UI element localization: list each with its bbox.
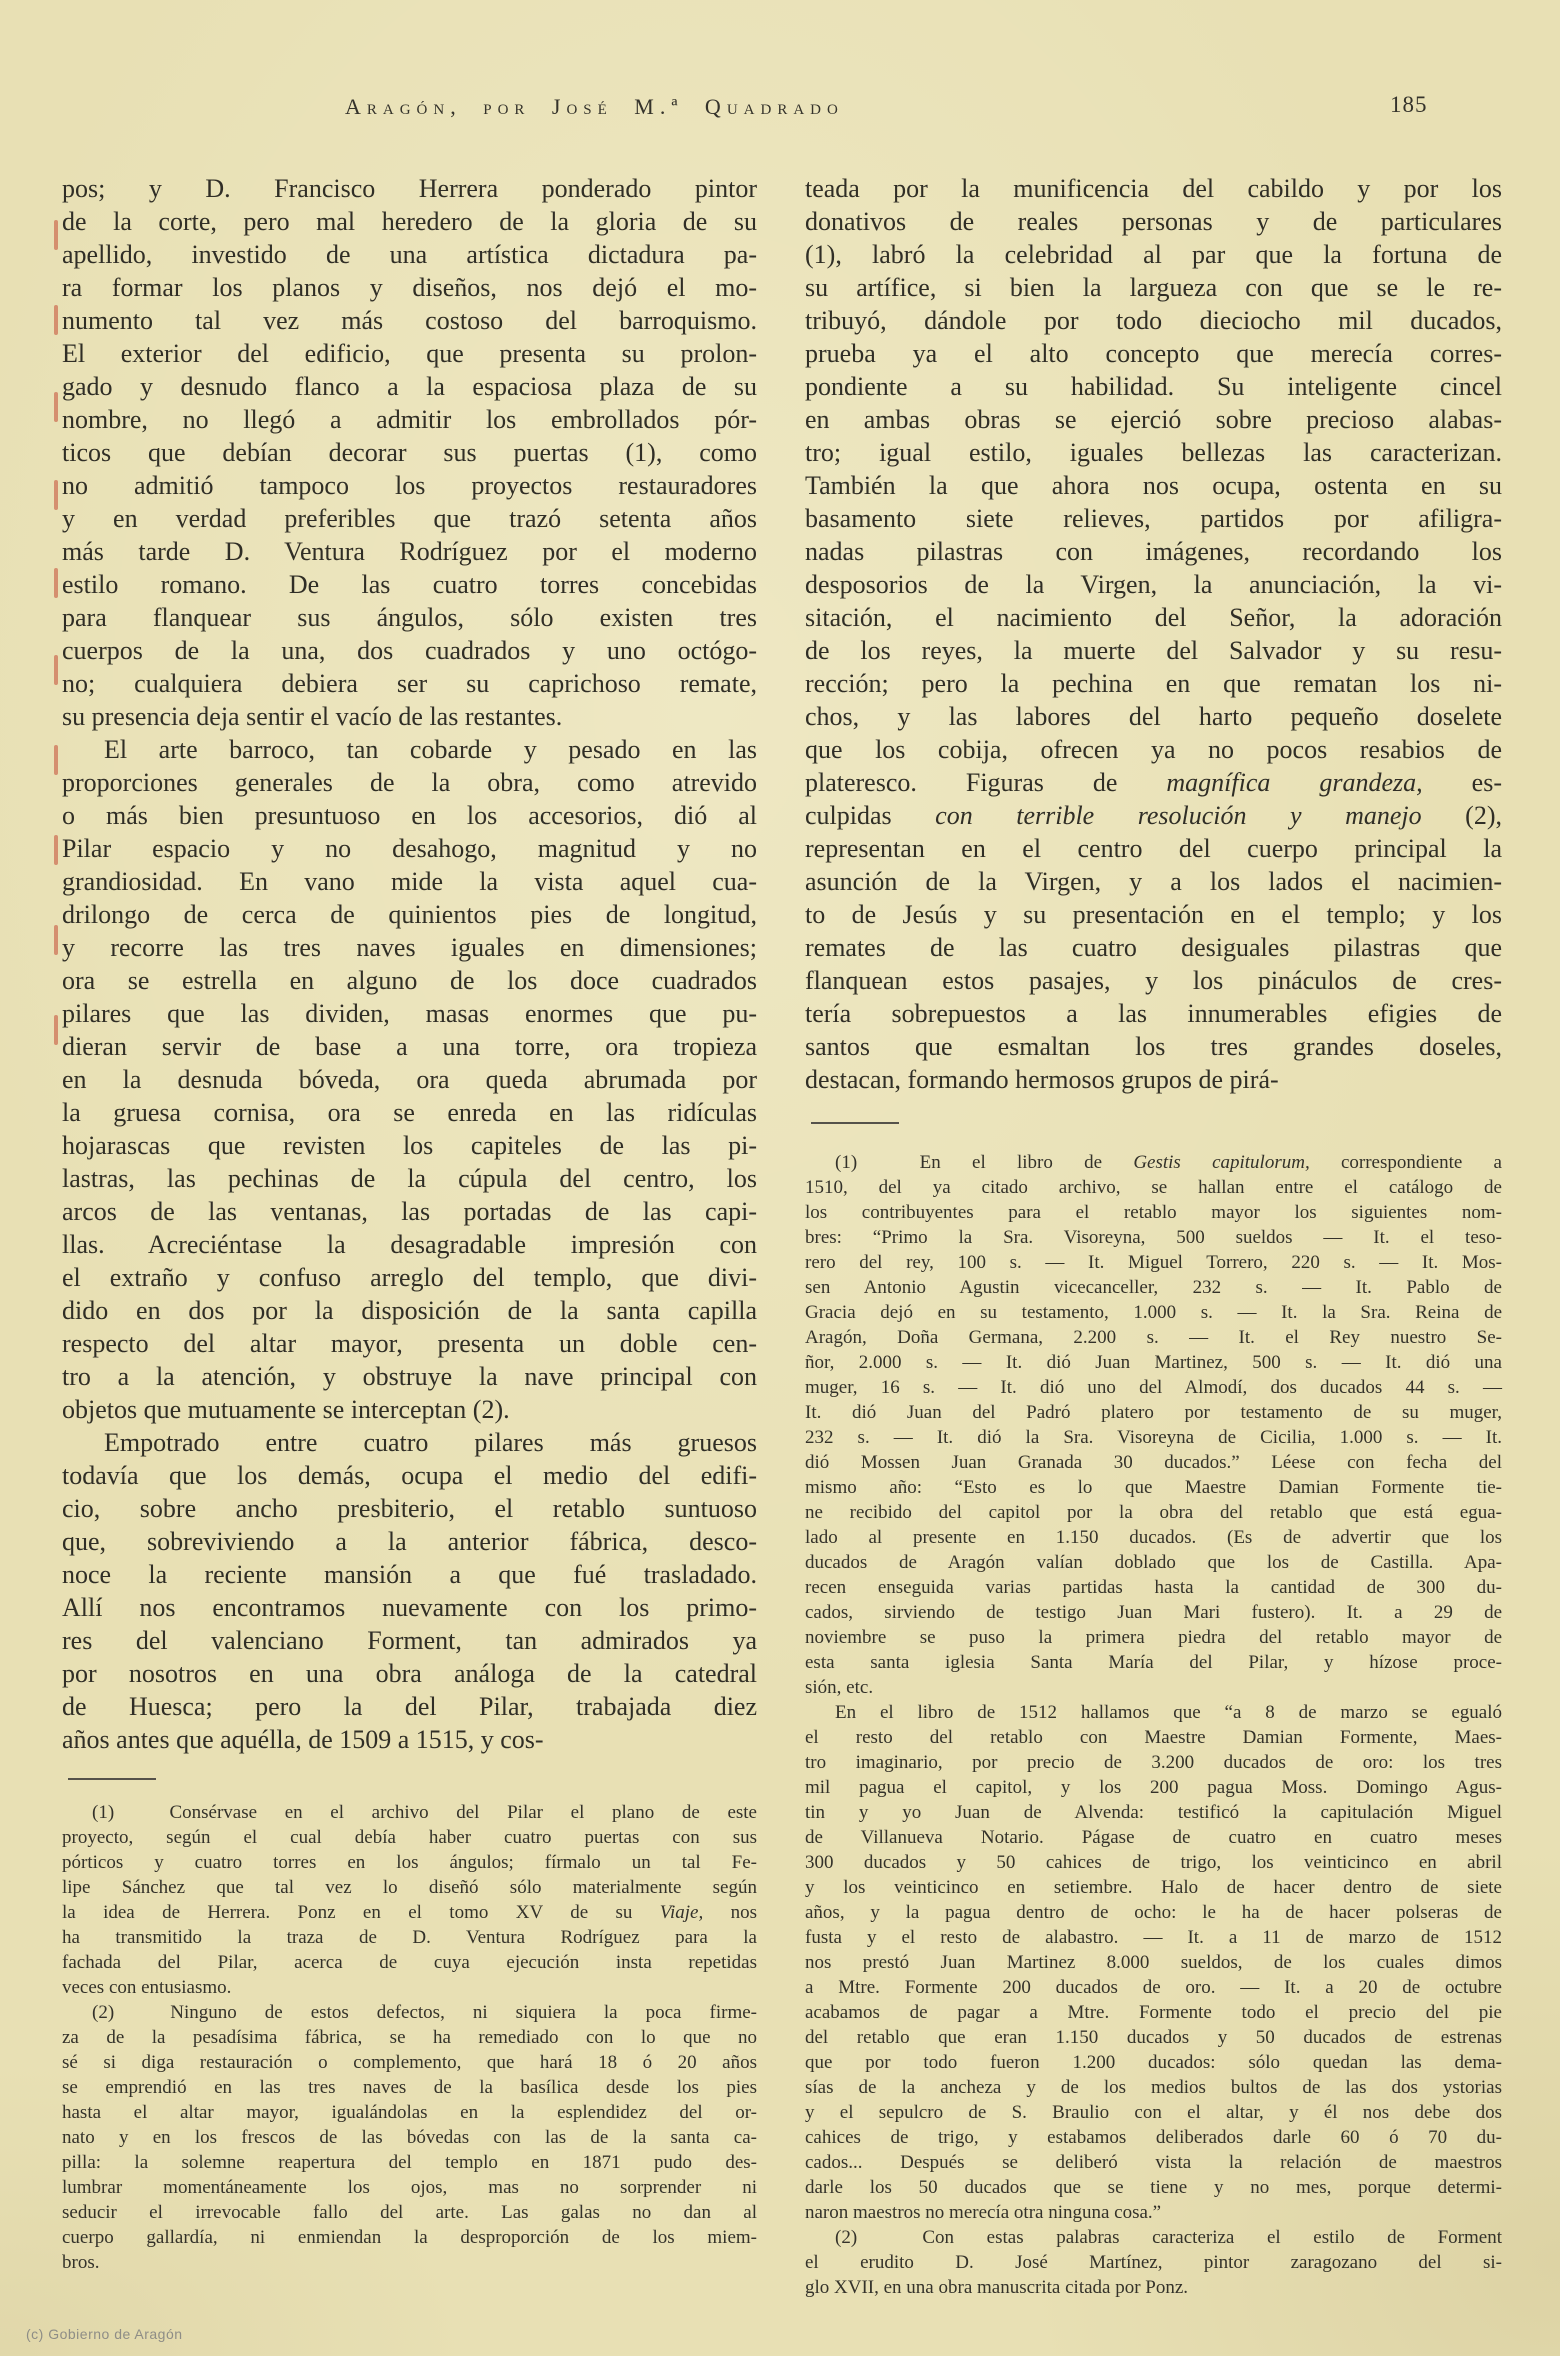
scan-edge-artifact (54, 745, 58, 775)
text-line: 300 ducados y 50 cahices de trigo, los v… (805, 1850, 1502, 1875)
text-line: que los cobija, ofrecen ya no pocos resa… (805, 733, 1502, 766)
text-line: cuerpo gallardía, ni enmiendan la despro… (62, 2225, 757, 2250)
paragraph: (2) Ninguno de estos defectos, ni siquie… (62, 2000, 757, 2275)
text-line: lipe Sánchez que tal vez lo diseñó sólo … (62, 1875, 757, 1900)
right-column: teada por la munificencia del cabildo y … (805, 172, 1502, 2300)
text-line: santos que esmaltan los tres grandes dos… (805, 1030, 1502, 1063)
scanned-book-page: Aragón, por José M.ª Quadrado 185 pos; y… (0, 0, 1560, 2356)
text-line: o más bien presuntuoso en los accesorios… (62, 799, 757, 832)
text-line: a Mtre. Formente 200 ducados de oro. — I… (805, 1975, 1502, 2000)
text-line: lumbrar momentáneamente los ojos, mas no… (62, 2175, 757, 2200)
text-line: objetos que mutuamente se interceptan (2… (62, 1393, 757, 1426)
right-main-text: teada por la munificencia del cabildo y … (805, 172, 1502, 1096)
text-line: el extraño y confuso arreglo del templo,… (62, 1261, 757, 1294)
text-line: que, sobreviviendo a la anterior fábrica… (62, 1525, 757, 1558)
text-line: remates de las cuatro desiguales pilastr… (805, 931, 1502, 964)
text-line: proporciones generales de la obra, como … (62, 766, 757, 799)
scan-edge-artifact (54, 305, 58, 335)
text-line: de los reyes, la muerte del Salvador y s… (805, 634, 1502, 667)
text-line: la gruesa cornisa, ora se enreda en las … (62, 1096, 757, 1129)
text-line: (2) Ninguno de estos defectos, ni siquie… (62, 2000, 757, 2025)
footnote-separator-rule (68, 1778, 156, 1780)
text-line: el erudito D. José Martínez, pintor zara… (805, 2250, 1502, 2275)
text-line: que por todo fueron 1.200 ducados: sólo … (805, 2050, 1502, 2075)
text-line: no; cualquiera debiera ser su caprichoso… (62, 667, 757, 700)
text-line: cados... Después se deliberó vista la re… (805, 2150, 1502, 2175)
text-line: sen Antonio Agustin vicecanceller, 232 s… (805, 1275, 1502, 1300)
text-line: bros. (62, 2250, 757, 2275)
text-line: pilares que las dividen, masas enormes q… (62, 997, 757, 1030)
text-line: (1) Consérvase en el archivo del Pilar e… (62, 1800, 757, 1825)
text-line: y recorre las tres naves iguales en dime… (62, 931, 757, 964)
text-line: ticos que debían decorar sus puertas (1)… (62, 436, 757, 469)
text-line: en ambas obras se ejerció sobre precioso… (805, 403, 1502, 436)
text-line: fusta y el resto de alabastro. — It. a 1… (805, 1925, 1502, 1950)
paragraph: En el libro de 1512 hallamos que “a 8 de… (805, 1700, 1502, 2225)
text-line: chos, y las labores del harto pequeño do… (805, 700, 1502, 733)
text-line: (1), labró la celebridad al par que la f… (805, 238, 1502, 271)
text-line: plateresco. Figuras de magnífica grandez… (805, 766, 1502, 799)
text-line: sías de la ancheza y de los medios bulto… (805, 2075, 1502, 2100)
text-line: cio, sobre ancho presbiterio, el retablo… (62, 1492, 757, 1525)
text-line: asunción de la Virgen, y a los lados el … (805, 865, 1502, 898)
text-line: It. dió Juan del Padró platero por testa… (805, 1400, 1502, 1425)
text-line: representan en el centro del cuerpo prin… (805, 832, 1502, 865)
text-line: darle los 50 ducados que se tiene y no m… (805, 2175, 1502, 2200)
text-line: de Huesca; pero la del Pilar, trabajada … (62, 1690, 757, 1723)
text-line: Empotrado entre cuatro pilares más grues… (62, 1426, 757, 1459)
text-line: para flanquear sus ángulos, sólo existen… (62, 601, 757, 634)
footnote-separator-rule (811, 1122, 899, 1124)
text-line: numento tal vez más costoso del barroqui… (62, 304, 757, 337)
text-line: pilla: la solemne reapertura del templo … (62, 2150, 757, 2175)
text-line: También la que ahora nos ocupa, ostenta … (805, 469, 1502, 502)
text-line: gado y desnudo flanco a la espaciosa pla… (62, 370, 757, 403)
text-line: todavía que los demás, ocupa el medio de… (62, 1459, 757, 1492)
text-line: veces con entusiasmo. (62, 1975, 757, 2000)
text-line: nos prestó Juan Martinez 8.000 sueldos, … (805, 1950, 1502, 1975)
text-line: ha transmitido la traza de D. Ventura Ro… (62, 1925, 757, 1950)
text-line: los contribuyentes para el retablo mayor… (805, 1200, 1502, 1225)
right-footnotes: (1) En el libro de Gestis capitulorum, c… (805, 1150, 1502, 2300)
text-line: prueba ya el alto concepto que merecía c… (805, 337, 1502, 370)
text-line: sión, etc. (805, 1675, 1502, 1700)
text-line: nombre, no llegó a admitir los embrollad… (62, 403, 757, 436)
text-line: estilo romano. De las cuatro torres conc… (62, 568, 757, 601)
text-line: noviembre se puso la primera piedra del … (805, 1625, 1502, 1650)
scan-edge-artifact (54, 568, 58, 598)
running-header-title: Aragón, por José M.ª Quadrado (345, 94, 844, 120)
text-line: tin y yo Juan de Alvenda: testificó la c… (805, 1800, 1502, 1825)
text-line: teada por la munificencia del cabildo y … (805, 172, 1502, 205)
scan-edge-artifact (54, 655, 58, 685)
paragraph: teada por la munificencia del cabildo y … (805, 172, 1502, 1096)
text-line: En el libro de 1512 hallamos que “a 8 de… (805, 1700, 1502, 1725)
paragraph: Empotrado entre cuatro pilares más grues… (62, 1426, 757, 1756)
text-line: recen enseguida varias partidas hasta la… (805, 1575, 1502, 1600)
left-footnotes: (1) Consérvase en el archivo del Pilar e… (62, 1800, 757, 2275)
text-line: fachada del Pilar, acerca de cuya ejecuc… (62, 1950, 757, 1975)
text-line: donativos de reales personas y de partic… (805, 205, 1502, 238)
text-line: dieran servir de base a una torre, ora t… (62, 1030, 757, 1063)
text-line: ne recibido del capitol por la obra del … (805, 1500, 1502, 1525)
text-line: nadas pilastras con imágenes, recordando… (805, 535, 1502, 568)
text-line: el resto del retablo con Maestre Damian … (805, 1725, 1502, 1750)
text-line: grandiosidad. En vano mide la vista aque… (62, 865, 757, 898)
text-line: de la corte, pero mal heredero de la glo… (62, 205, 757, 238)
text-line: tería sobrepuestos a las innumerables ef… (805, 997, 1502, 1030)
text-line: del retablo que eran 1.150 ducados y 50 … (805, 2025, 1502, 2050)
scan-edge-artifact (54, 925, 58, 955)
left-main-text: pos; y D. Francisco Herrera ponderado pi… (62, 172, 757, 1756)
text-line: se emprendió en las tres naves de la bas… (62, 2075, 757, 2100)
scan-edge-artifact (54, 1015, 58, 1045)
text-line: de Villanueva Notario. Págase de cuatro … (805, 1825, 1502, 1850)
text-line: mismo año: “Esto es lo que Maestre Damia… (805, 1475, 1502, 1500)
text-line: y el sepulcro de S. Braulio con el altar… (805, 2100, 1502, 2125)
text-line: pórticos y cuatro torres en los ángulos;… (62, 1850, 757, 1875)
text-line: dido en dos por la disposición de la san… (62, 1294, 757, 1327)
text-line: y los veinticinco en setiembre. Halo de … (805, 1875, 1502, 1900)
paragraph: (1) En el libro de Gestis capitulorum, c… (805, 1150, 1502, 1700)
text-line: (1) En el libro de Gestis capitulorum, c… (805, 1150, 1502, 1175)
text-line: lastras, las pechinas de la cúpula del c… (62, 1162, 757, 1195)
text-line: basamento siete relieves, partidos por a… (805, 502, 1502, 535)
text-line: Gracia dejó en su testamento, 1.000 s. —… (805, 1300, 1502, 1325)
text-line: llas. Acreciéntase la desagradable impre… (62, 1228, 757, 1261)
text-line: respecto del altar mayor, presenta un do… (62, 1327, 757, 1360)
paragraph: El arte barroco, tan cobarde y pesado en… (62, 733, 757, 1426)
text-line: proyecto, según el cual debía haber cuat… (62, 1825, 757, 1850)
scan-edge-artifact (54, 220, 58, 250)
text-line: destacan, formando hermosos grupos de pi… (805, 1063, 1502, 1096)
text-line: pos; y D. Francisco Herrera ponderado pi… (62, 172, 757, 205)
text-line: sitación, el nacimiento del Señor, la ad… (805, 601, 1502, 634)
text-line: bres: “Primo la Sra. Visoreyna, 500 suel… (805, 1225, 1502, 1250)
text-line: muger, 16 s. — It. dió uno del Almodí, d… (805, 1375, 1502, 1400)
text-line: glo XVII, en una obra manuscrita citada … (805, 2275, 1502, 2300)
text-line: lado al presente en 1.150 ducados. (Es d… (805, 1525, 1502, 1550)
text-line: y en verdad preferibles que trazó setent… (62, 502, 757, 535)
text-line: ora se estrella en alguno de los doce cu… (62, 964, 757, 997)
scan-edge-artifact (54, 835, 58, 865)
text-line: arcos de las ventanas, las portadas de l… (62, 1195, 757, 1228)
scan-edge-artifact (54, 480, 58, 510)
text-line: pondiente a su habilidad. Su inteligente… (805, 370, 1502, 403)
text-line: (2) Con estas palabras caracteriza el es… (805, 2225, 1502, 2250)
text-line: más tarde D. Ventura Rodríguez por el mo… (62, 535, 757, 568)
text-line: su presencia deja sentir el vacío de las… (62, 700, 757, 733)
paragraph: (2) Con estas palabras caracteriza el es… (805, 2225, 1502, 2300)
copyright-watermark: (c) Gobierno de Aragón (26, 2326, 183, 2342)
text-line: El arte barroco, tan cobarde y pesado en… (62, 733, 757, 766)
text-line: tro imaginario, por precio de 3.200 duca… (805, 1750, 1502, 1775)
text-line: Allí nos encontramos nuevamente con los … (62, 1591, 757, 1624)
text-line: seducir el irrevocable fallo del arte. L… (62, 2200, 757, 2225)
text-line: cahices de trigo, y estabamos deliberado… (805, 2125, 1502, 2150)
text-line: años, y la pagua dentro de ocho: le ha d… (805, 1900, 1502, 1925)
text-line: nato y en los frescos de las bóvedas con… (62, 2125, 757, 2150)
text-line: noce la reciente mansión a que fué trasl… (62, 1558, 757, 1591)
text-line: tro a la atención, y obstruye la nave pr… (62, 1360, 757, 1393)
text-line: no admitió tampoco los proyectos restaur… (62, 469, 757, 502)
text-line: rero del rey, 100 s. — It. Miguel Torrer… (805, 1250, 1502, 1275)
text-line: rección; pero la pechina en que rematan … (805, 667, 1502, 700)
text-line: sé si diga restauración o complemento, q… (62, 2050, 757, 2075)
text-line: años antes que aquélla, de 1509 a 1515, … (62, 1723, 757, 1756)
text-line: en la desnuda bóveda, ora queda abrumada… (62, 1063, 757, 1096)
text-line: 232 s. — It. dió la Sra. Visoreyna de Ci… (805, 1425, 1502, 1450)
text-line: mil pagua el capitol, y los 200 pagua Mo… (805, 1775, 1502, 1800)
text-line: tribuyó, dándole por todo dieciocho mil … (805, 304, 1502, 337)
text-line: desposorios de la Virgen, la anunciación… (805, 568, 1502, 601)
text-line: la idea de Herrera. Ponz en el tomo XV d… (62, 1900, 757, 1925)
text-line: esta santa iglesia Santa María del Pilar… (805, 1650, 1502, 1675)
text-line: ñor, 2.000 s. — It. dió Juan Martinez, 5… (805, 1350, 1502, 1375)
left-column: pos; y D. Francisco Herrera ponderado pi… (62, 172, 757, 2275)
text-line: Aragón, Doña Germana, 2.200 s. — It. el … (805, 1325, 1502, 1350)
text-line: su artífice, si bien la largueza con que… (805, 271, 1502, 304)
text-line: El exterior del edificio, que presenta s… (62, 337, 757, 370)
text-line: tro; igual estilo, iguales bellezas las … (805, 436, 1502, 469)
text-line: ra formar los planos y diseños, nos dejó… (62, 271, 757, 304)
text-line: hojarascas que revisten los capiteles de… (62, 1129, 757, 1162)
scan-edge-artifact (54, 392, 58, 422)
paragraph: (1) Consérvase en el archivo del Pilar e… (62, 1800, 757, 2000)
text-line: Pilar espacio y no desahogo, magnitud y … (62, 832, 757, 865)
text-line: drilongo de cerca de quinientos pies de … (62, 898, 757, 931)
text-line: por nosotros en una obra análoga de la c… (62, 1657, 757, 1690)
page-number: 185 (1390, 92, 1428, 118)
text-line: apellido, investido de una artística dic… (62, 238, 757, 271)
text-line: cuerpos de la una, dos cuadrados y uno o… (62, 634, 757, 667)
text-line: hasta el altar mayor, igualándolas en la… (62, 2100, 757, 2125)
text-line: to de Jesús y su presentación en el temp… (805, 898, 1502, 931)
paragraph: pos; y D. Francisco Herrera ponderado pi… (62, 172, 757, 733)
text-line: culpidas con terrible resolución y manej… (805, 799, 1502, 832)
text-line: flanquean estos pasajes, y los pináculos… (805, 964, 1502, 997)
text-line: acabamos de pagar a Mtre. Formente todo … (805, 2000, 1502, 2025)
text-line: cados, sirviendo de testigo Juan Mari fu… (805, 1600, 1502, 1625)
text-line: 1510, del ya citado archivo, se hallan e… (805, 1175, 1502, 1200)
text-line: za de la pesadísima fábrica, se ha remed… (62, 2025, 757, 2050)
text-line: naron maestros no merecía otra ninguna c… (805, 2200, 1502, 2225)
text-line: dió Mossen Juan Granada 30 ducados.” Lée… (805, 1450, 1502, 1475)
text-line: ducados de Aragón valían doblado que los… (805, 1550, 1502, 1575)
text-line: res del valenciano Forment, tan admirado… (62, 1624, 757, 1657)
